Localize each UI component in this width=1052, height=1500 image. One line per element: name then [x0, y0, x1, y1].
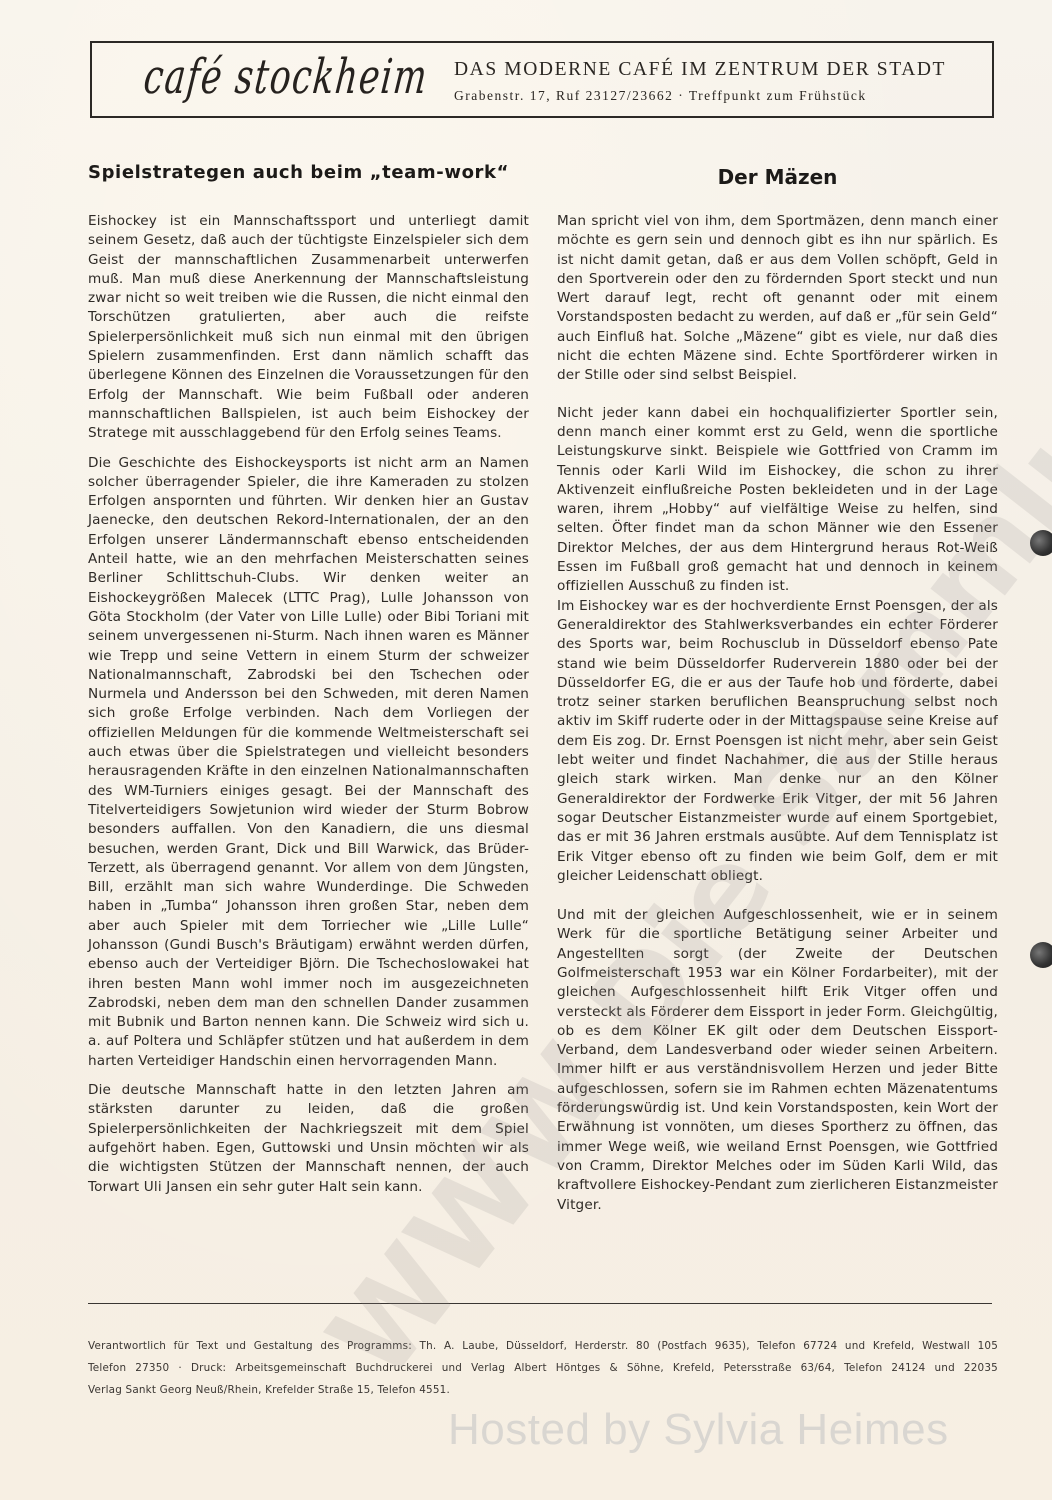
imprint-line: Verantwortlich für Text und Gestaltung d… — [88, 1335, 998, 1357]
cafe-address: Grabenstr. 17, Ruf 23127/23662 · Treffpu… — [454, 88, 867, 104]
article-paragraph: Und mit der gleichen Aufgeschlossenheit,… — [557, 906, 998, 1215]
footer-divider — [88, 1303, 992, 1304]
article-title: Der Mäzen — [557, 160, 998, 212]
punch-hole-icon — [1030, 942, 1052, 968]
article-paragraph: Nicht jeder kann dabei ein hochqualifizi… — [557, 404, 998, 597]
imprint-credits: Verantwortlich für Text und Gestaltung d… — [88, 1335, 998, 1401]
magazine-page: café stockheim DAS MODERNE CAFÉ IM ZENTR… — [0, 0, 1052, 1500]
cafe-logo: café stockheim — [141, 49, 430, 105]
cafe-tagline: DAS MODERNE CAFÉ IM ZENTRUM DER STADT — [454, 59, 946, 81]
punch-hole-icon — [1030, 530, 1052, 556]
cafe-advertisement: café stockheim DAS MODERNE CAFÉ IM ZENTR… — [90, 41, 994, 118]
article-paragraph: Im Eishockey war es der hochverdiente Er… — [557, 597, 998, 886]
imprint-line: Verlag Sankt Georg Neuß/Rhein, Krefelder… — [88, 1379, 998, 1401]
article-paragraph: Die deutsche Mannschaft hatte in den let… — [88, 1081, 529, 1197]
article-title: Spielstrategen auch beim „team-work“ — [88, 160, 529, 212]
imprint-line: Telefon 27350 · Druck: Arbeitsgemeinscha… — [88, 1357, 998, 1379]
article-paragraph: Man spricht viel von ihm, dem Sportmäzen… — [557, 212, 998, 386]
hosted-by-watermark: Hosted by Sylvia Heimes — [448, 1405, 949, 1455]
article-paragraph: Eishockey ist ein Mannschaftssport und u… — [88, 212, 529, 444]
article-paragraph: Die Geschichte des Eishockeysports ist n… — [88, 454, 529, 1072]
article-der-maezen: Der Mäzen Man spricht viel von ihm, dem … — [557, 160, 998, 1225]
article-team-work: Spielstrategen auch beim „team-work“ Eis… — [88, 160, 529, 1207]
